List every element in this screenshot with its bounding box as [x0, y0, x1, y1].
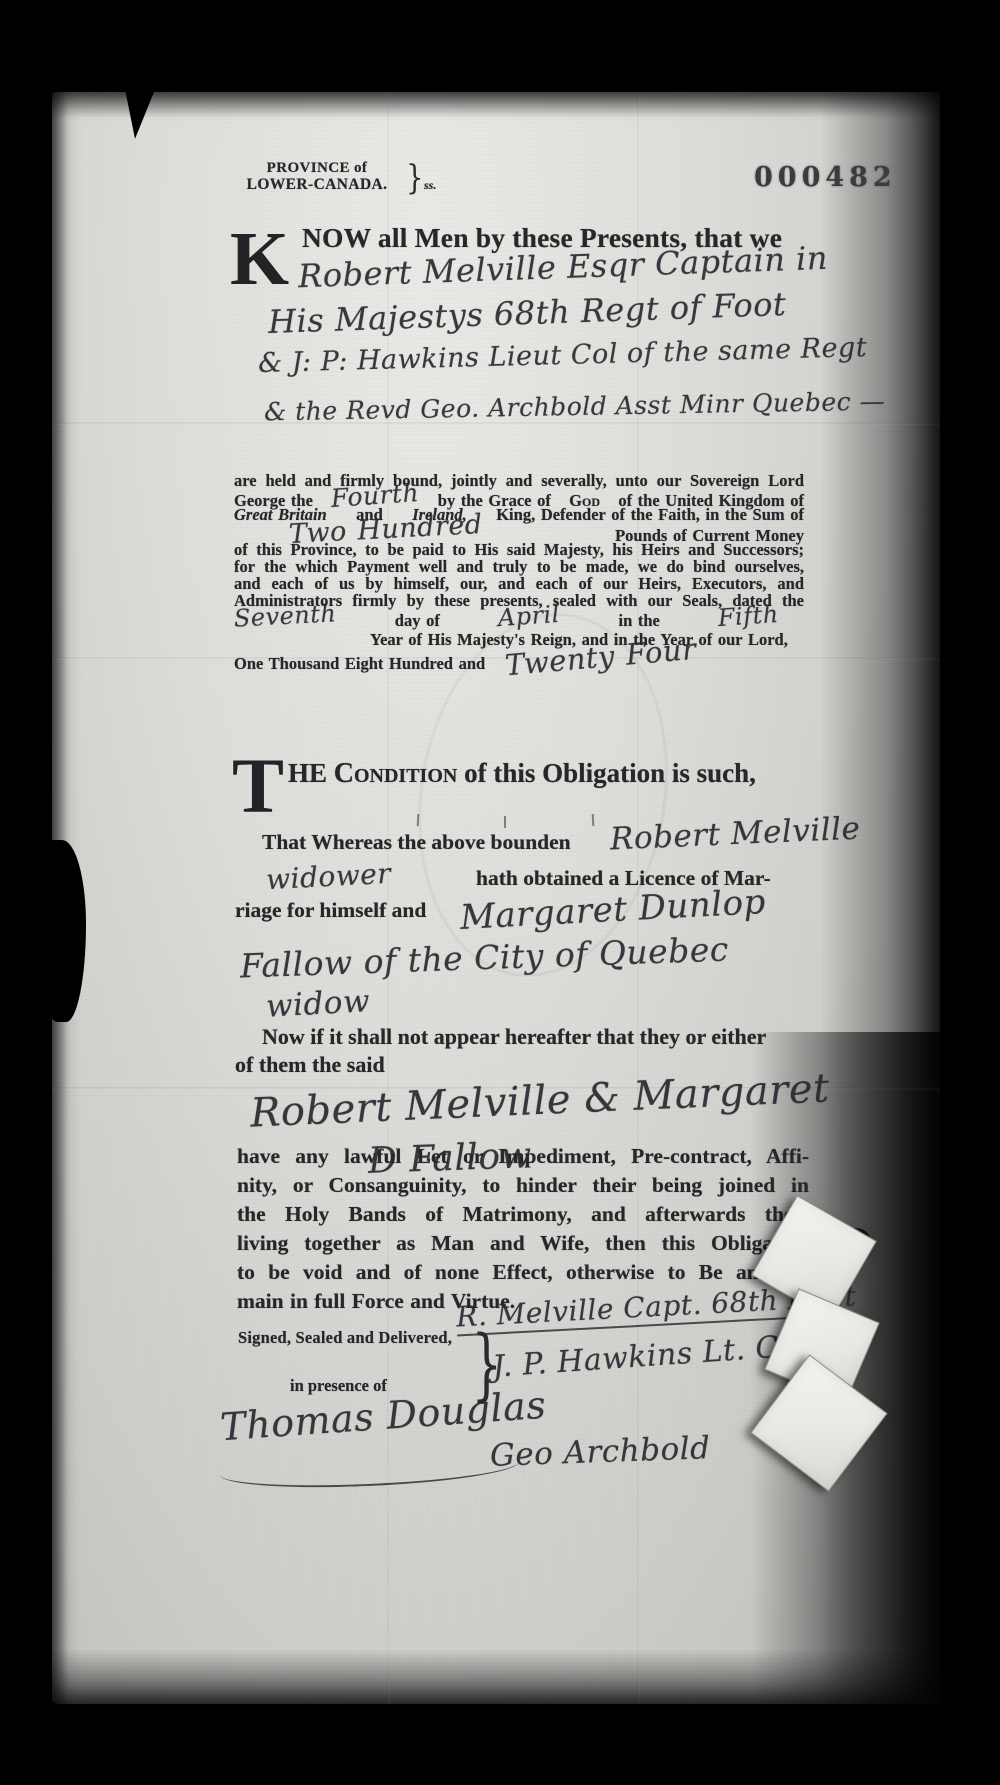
whereas-printed: That Whereas the above bounden: [262, 830, 571, 855]
bond-month-manuscript: April: [497, 605, 560, 626]
paper-tear-notch: [119, 88, 154, 141]
province-label-line2: LOWER-CANADA.: [232, 176, 402, 194]
bond-line3d: King, Defender of the Faith, in the Sum …: [496, 506, 804, 523]
bride-residence-manuscript: Fallow of the City of Quebec: [239, 929, 729, 985]
closing-line3: the Holy Bands of Matrimony, and afterwa…: [237, 1200, 809, 1229]
bond-line9b: day of: [395, 612, 440, 629]
obligor-manuscript-line3: & J: P: Hawkins Lieut Col of the same Re…: [258, 332, 868, 379]
bond-paper-sheet: PROVINCE of LOWER-CANADA. } ss. 000482 K…: [52, 92, 940, 1704]
bond-line5: of this Province, to be paid to His said…: [234, 541, 804, 558]
stray-mark: [504, 816, 506, 828]
paper-top-shadow: [52, 92, 940, 118]
bond-line9d: in the: [618, 612, 659, 629]
bride-status-manuscript: widow: [265, 983, 371, 1024]
province-label-line1: PROVINCE of: [232, 160, 402, 177]
closing-line4: living together as Man and Wife, then th…: [237, 1229, 809, 1258]
closing-line2: nity, or Consanguinity, to hinder their …: [237, 1171, 809, 1200]
signature-flourish: [219, 1445, 520, 1491]
bond-line2: George the Fourth by the Grace of God of…: [234, 489, 804, 506]
attestation-line2: in presence of: [290, 1376, 387, 1396]
serial-number-stamp: 000482: [754, 162, 897, 193]
wafer-seal-3: [750, 1354, 887, 1491]
paper-bottom-shadow: [52, 1649, 940, 1704]
bond-reign-year-manuscript: Fifth: [718, 605, 780, 626]
bond-day-manuscript: Seventh: [234, 605, 337, 628]
bond-line9: Seventh day of April in the Fifth: [234, 610, 779, 631]
bond-line4: Two Hundred Pounds of Current Money: [234, 524, 804, 541]
licence-printed-b: riage for himself and: [235, 898, 426, 923]
bond-line6: for the which Payment well and truly to …: [234, 558, 804, 575]
bond-paragraph: are held and firmly bound, jointly and s…: [234, 472, 804, 675]
king-numeral-manuscript: Fourth: [331, 484, 420, 507]
jurisdiction-brace: }: [406, 158, 423, 198]
fold-crease: [52, 422, 940, 425]
proviso-line2: of them the said: [235, 1052, 385, 1078]
condition-heading-b: Condition: [334, 758, 458, 789]
signature-archbold: Geo Archbold: [489, 1430, 711, 1474]
bond-sum-manuscript: Two Hundred: [289, 516, 483, 543]
ink-blotch-left-edge: [44, 840, 86, 1022]
bond-line11: One Thousand Eight Hundred and Twenty Fo…: [234, 651, 804, 675]
attestation-line1: Signed, Sealed and Delivered,: [238, 1328, 452, 1348]
bond-year-manuscript: Twenty Four: [504, 640, 697, 674]
condition-heading-c: of this Obligation is such,: [464, 758, 756, 788]
condition-heading: HE Condition of this Obligation is such,: [288, 758, 756, 790]
closing-line5: to be void and of none Effect, otherwise…: [237, 1258, 809, 1287]
dropcap-t: T: [232, 754, 284, 818]
condition-heading-a: HE: [288, 758, 327, 788]
scanned-document-page: PROVINCE of LOWER-CANADA. } ss. 000482 K…: [0, 0, 1000, 1785]
stray-mark: [417, 814, 420, 826]
proviso-line1: Now if it shall not appear hereafter tha…: [262, 1024, 766, 1050]
bond-line7: and each of us by himself, our, and each…: [234, 575, 804, 592]
bond-line11a: One Thousand Eight Hundred and: [234, 654, 485, 673]
bond-line1: are held and firmly bound, jointly and s…: [234, 472, 804, 489]
dropcap-k: K: [230, 228, 289, 290]
stray-mark: [592, 814, 595, 826]
groom-name-manuscript: Robert Melville: [609, 811, 861, 858]
obligor-manuscript-line4: & the Revd Geo. Archbold Asst Minr Quebe…: [264, 387, 886, 427]
jurisdiction-abbr: ss.: [424, 178, 436, 193]
closing-line1: have any lawful Let or Impediment, Pre-c…: [237, 1142, 809, 1171]
groom-status-manuscript: widower: [265, 857, 392, 897]
